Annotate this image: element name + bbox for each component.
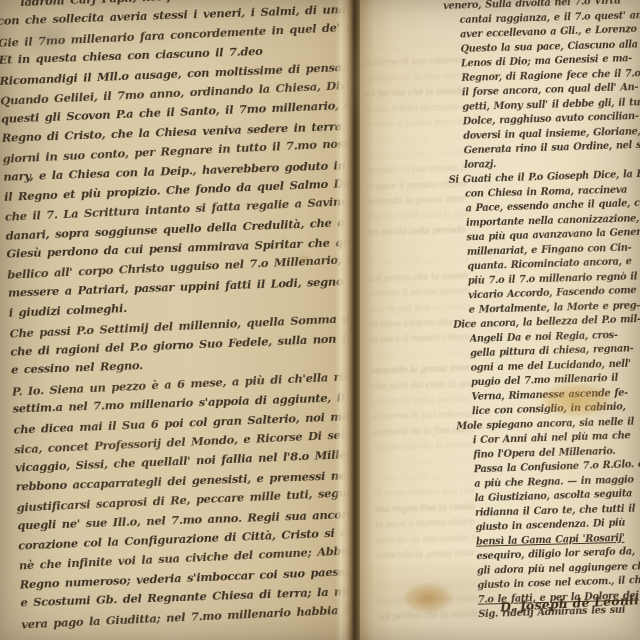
left-page: ladroni Carj Papii, nel fecenti, ucatio,… (0, 0, 340, 640)
page-fore-edge (336, 0, 354, 640)
right-page-text-block: venero, Sulla divolta nel 7.o Virtùcanta… (443, 0, 640, 623)
left-page-text-block: ladroni Carj Papii, nel fecenti, ucatio,… (0, 0, 377, 633)
manuscript-photo: ladroni Carj Papii, nel fecenti, ucatio,… (0, 0, 640, 640)
right-page: im ancita colla perindo saelatorno di su… (360, 0, 640, 640)
